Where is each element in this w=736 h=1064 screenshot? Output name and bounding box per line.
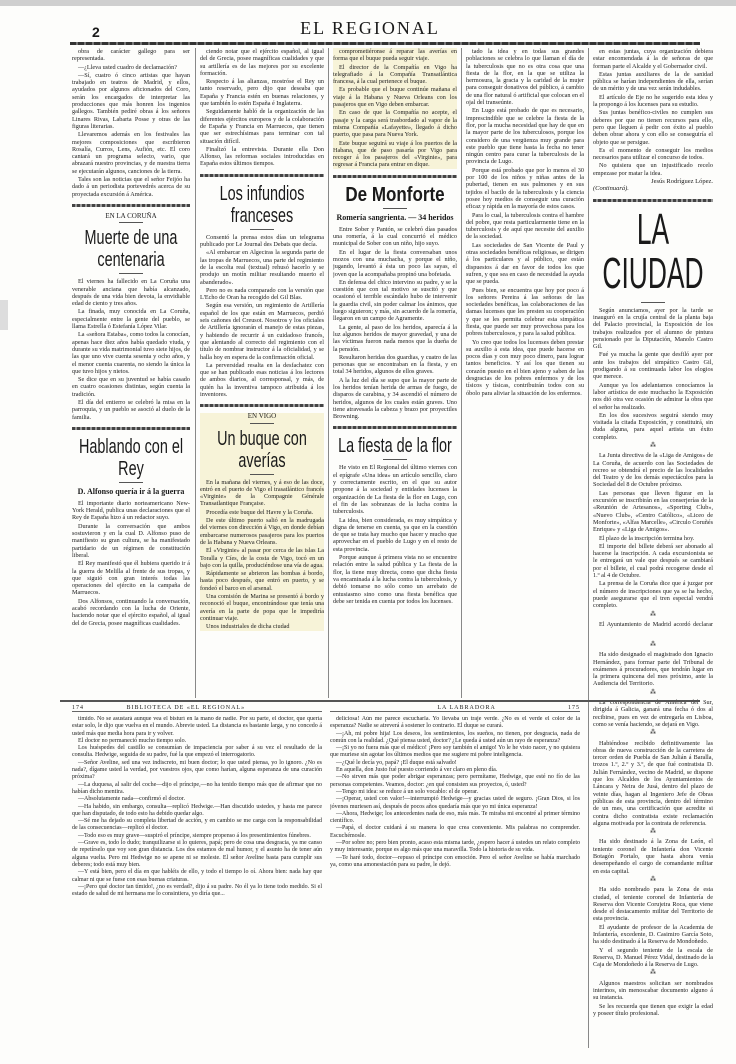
paragraph: —¿Lleva usted cuadro de declamación?: [72, 64, 190, 71]
column-5: en estas juntas, cuya organización debie…: [593, 48, 713, 628]
paragraph: Dos Alfonsos, continuando la conversació…: [72, 598, 190, 627]
news-item: La Junta directiva de la «Liga de Amigos…: [593, 452, 713, 488]
page-number: 2: [92, 24, 100, 40]
paragraph: Las sociedades de San Vicente de Paul y …: [466, 242, 584, 286]
paragraph: —Te haré todo, doctor—repuso el príncipe…: [330, 855, 580, 870]
article-buque-continued: comprometiéronse á reparar las averías e…: [333, 48, 457, 169]
news-item: La correspondencia de América del Sur, d…: [593, 699, 713, 728]
kicker-rule: [119, 222, 143, 223]
folletin-page-number: 174: [72, 705, 84, 711]
separator-asterism: ⁂: [593, 642, 713, 649]
paragraph: Según anunciamos, ayer por la tarde se i…: [593, 307, 713, 351]
separator-asterism: ⁂: [593, 612, 713, 619]
section-divider: [200, 404, 324, 407]
separator-asterism: ⁂: [593, 690, 713, 697]
kicker-rule: [250, 423, 274, 424]
scan-edge: [0, 0, 736, 6]
news-item: Las personas que lleven figurar en la ex…: [593, 490, 713, 534]
continued-note: (Continuará).: [593, 185, 713, 192]
news-item: Habiéndose recibido definitivamente las …: [593, 740, 713, 828]
paragraph: —¡Pero qué doctor tan tímido!, ¿no es ve…: [72, 884, 322, 899]
paragraph: Entre Sober y Pantón, se celebró días pa…: [333, 226, 457, 248]
news-item: Algunos maestros solicitan ser nombrados…: [593, 980, 713, 1002]
paragraph: El Rey manifestó que él hubiera querido …: [72, 560, 190, 596]
section-divider: [72, 204, 190, 207]
column-rule: [195, 48, 196, 698]
news-item: Ha sido destinado á la Zona de León, el …: [593, 838, 713, 874]
folletin-left-page: timido. No se asustará aunque vea el bis…: [72, 716, 322, 1056]
paragraph: ciendo notar que el ejército español, al…: [200, 48, 324, 77]
paragraph: Es el momento de conseguir los medios ne…: [593, 147, 713, 162]
paragraph: —¿Qué le decía yo, papá? ¡El duque está …: [330, 760, 580, 767]
column-2: ciendo notar que el ejército español, al…: [200, 48, 324, 698]
paragraph: deliciosa! Aún me parece escucharla. Yo …: [330, 716, 580, 731]
paragraph: Porque aunque á primera vista no se encu…: [333, 554, 457, 605]
headline-rule: [119, 482, 143, 483]
column-1: obra de carácter gallego para ser repres…: [72, 48, 190, 698]
masthead-rule: [70, 42, 700, 45]
paragraph: Para lo cual, la tuberculosis contra el …: [466, 212, 584, 241]
masthead: EL REGIONAL: [240, 18, 500, 39]
news-item: El plazo de la inscripción termina hoy.: [593, 535, 713, 542]
headline-rule: [383, 208, 407, 209]
news-item: Y el segundo teniente de la escala de Re…: [593, 947, 713, 969]
paragraph: Este buque seguirá su viaje á los puerto…: [333, 140, 457, 169]
paragraph: tado la idea y en todas sus grandes pobl…: [466, 48, 584, 106]
paragraph: La idea, bien considerada, es muy simpát…: [333, 517, 457, 553]
paragraph: —Grave es, todo lo dudo; tranquilizarse …: [72, 840, 322, 869]
paragraph: —Y está bien, pero el día en que habléis…: [72, 869, 322, 884]
news-item: Se les recuerda que tienen que exigir la…: [593, 1003, 713, 1018]
section-divider: [593, 199, 713, 202]
headline-rule: [250, 474, 274, 475]
paragraph: —Señor Aveline, sed una vez indiscreto, …: [72, 760, 322, 782]
paragraph: El doctor no permaneció mucho tiempo sol…: [72, 738, 322, 745]
paragraph: De este último puerto salió en la madrug…: [200, 517, 324, 546]
section-divider: [333, 175, 457, 178]
column-5-lower: ⁂ Ha sido designado el magistrado don Ig…: [593, 640, 713, 1060]
newspaper-page: 2 EL REGIONAL obra de carácter gallego p…: [0, 0, 736, 1064]
paragraph: —Papá, el doctor cuidará á su manera lo …: [330, 825, 580, 840]
paragraph: El importante diario norteamericano New-…: [72, 500, 190, 522]
paragraph: —No sirven más que poder abrigar esperan…: [330, 774, 580, 789]
paragraph: timido. No se asustará aunque vea el bis…: [72, 716, 322, 738]
paragraph: Una comisión de Marina se presentó á bor…: [200, 593, 324, 622]
paragraph: —Sé me ha dejado su completa libertad de…: [72, 818, 322, 833]
paragraph: Llevaremos además en los festivales las …: [72, 131, 190, 175]
paragraph: Aunque ya los adelantamos conocíamos la …: [593, 382, 713, 411]
news-item: El importe del billete deberá ser abonad…: [593, 543, 713, 579]
paragraph: El viernes ha fallecido en La Coruña una…: [72, 278, 190, 307]
paragraph: En caso de que la Compañía no acepte, el…: [333, 109, 457, 138]
paragraph: Procedía este buque del Havre y la Coruñ…: [200, 509, 324, 516]
paragraph: El «Virginie» al pasar por cerca de las …: [200, 547, 324, 569]
folletin-novel-title: LA LABRADORA: [437, 705, 495, 711]
paragraph: Sus juntas benéfico-civiles no cumplen s…: [593, 109, 713, 145]
paragraph: Yo creo que todos los lucenses deben pre…: [466, 339, 584, 397]
headline-hablando-rey: Hablando con el Rey: [74, 436, 188, 480]
paragraph: obra de carácter gallego para ser repres…: [72, 48, 190, 63]
paragraph: La «señora Estaba», como todos la conocí…: [72, 331, 190, 375]
subheadline: D. Alfonso quería ir á la guerra: [72, 487, 190, 496]
paragraph: En Lugo está probado de que es necesario…: [466, 107, 584, 165]
paragraph: Consentó la prensa estos días un telegra…: [200, 234, 324, 249]
author-signature: Jesús Rodríguez López.: [593, 178, 713, 185]
section-divider: [333, 426, 457, 429]
headline-rule: [119, 273, 143, 274]
paragraph: Resultaron heridas dos guardias, y cuatr…: [333, 354, 457, 376]
section-kicker: EN VIGO: [200, 413, 324, 420]
paragraph: El artículo de Eje no he sugerido esta i…: [593, 94, 713, 109]
paragraph: El director de la Compañía en Vigo ha te…: [333, 64, 457, 86]
news-item: Ha sido nombrado para la Zona de esta ci…: [593, 886, 713, 922]
news-item: La prensa de la Coruña dice que á juzgar…: [593, 580, 713, 609]
paragraph: —¡Si yo no fuera más que el médico! ¡Per…: [330, 745, 580, 760]
paragraph: La gente, al paso de los heridos, aparec…: [333, 324, 457, 353]
paragraph: —La duquesa, al salir del coche—dijo el …: [72, 782, 322, 797]
column-3: comprometiéronse á reparar las averías e…: [333, 48, 457, 698]
paragraph: —Sí, cuatro ó cinco artistas que hayan t…: [72, 72, 190, 130]
separator-asterism: ⁂: [593, 443, 713, 450]
folletin-divider: [60, 700, 700, 702]
subheadline: Romería sangrienta. — 34 heridos: [333, 213, 457, 222]
paragraph: Tales son las noticias que el señor Feij…: [72, 176, 190, 198]
headline-infundios-franceses: Los infundios franceses: [203, 183, 321, 227]
paragraph: Seguidamente habló de la organización de…: [200, 108, 324, 144]
separator-asterism: ⁂: [593, 829, 713, 836]
paragraph: Estas juntas auxiliares de la de sanidad…: [593, 71, 713, 93]
paragraph: Fué ya mucha la gente que desfiló ayer p…: [593, 351, 713, 380]
folletin-right-page: deliciosa! Aún me parece escucharla. Yo …: [330, 716, 580, 1056]
paragraph: Finalizó la entrevista. Durante ella Don…: [200, 146, 324, 168]
paragraph: —Todo eso es muy grave—suspiró el prínci…: [72, 833, 322, 840]
headline-fiesta-flor: La fiesta de la flor: [336, 435, 454, 457]
section-kicker: EN LA CORUÑA: [72, 213, 190, 220]
headline-muerte-centenaria: Muerte de una centenaria: [74, 227, 188, 271]
paragraph: Durante la conversación que ambos sostuv…: [72, 523, 190, 559]
paragraph: —Tengo mi idea: se reduce á un solo voca…: [330, 789, 580, 796]
news-item: El Ayuntamiento de Madrid acordó declara…: [593, 621, 713, 628]
paragraph: Se dice que en su juventud se había casa…: [72, 376, 190, 398]
paragraph: Según esa versión, un regimiento de Arti…: [200, 302, 324, 360]
paragraph: Respecto á las alianzas, mostróse el Rey…: [200, 78, 324, 107]
paragraph: en estas juntas, cuya organización debie…: [593, 48, 713, 70]
column-4: tado la idea y en todas sus grandes pobl…: [466, 48, 584, 698]
paragraph: —Ahora, Hedwige; los antecedentes nada d…: [330, 811, 580, 826]
folletin-left-header: 174 BIBLIOTECA DE «EL REGIONAL»: [72, 705, 322, 712]
paragraph: Rápidamente se abrieron las bombas á bor…: [200, 570, 324, 592]
paragraph: El día del entierro se celebró la misa e…: [72, 399, 190, 421]
paragraph: En los dos sucesivos seguirá siendo muy …: [593, 412, 713, 441]
section-divider: [72, 427, 190, 430]
separator-asterism: ⁂: [593, 730, 713, 737]
article-buque-averias: EN VIGO Un buque con averías En la mañan…: [200, 413, 324, 630]
paragraph: —Ha habido, sin embargo, consulta—replic…: [72, 804, 322, 819]
paragraph: —¡Operar, usted con valor!—interrumpió H…: [330, 796, 580, 811]
headline-rule: [250, 229, 274, 230]
headline-de-monforte: De Monforte: [333, 184, 457, 206]
headline-buque-averias: Un buque con averías: [203, 428, 321, 472]
news-item: El ayudante de profesor de la Academia d…: [593, 924, 713, 946]
folletin-series-title: BIBLIOTECA DE «EL REGIONAL»: [127, 705, 246, 711]
paragraph: A la luz del día se supo que la mayor pa…: [333, 377, 457, 421]
paragraph: —Por sobre no; pero bien pronto, acaso e…: [330, 840, 580, 855]
paragraph: En el lugar de la fiesta conversaban uno…: [333, 249, 457, 278]
paragraph: Pues bien, se encuentra que hoy por poco…: [466, 287, 584, 338]
column-rule: [461, 48, 462, 698]
paragraph: He visto en El Regional del último viern…: [333, 464, 457, 515]
separator-asterism: ⁂: [593, 970, 713, 977]
scan-artifact: [0, 300, 8, 330]
paragraph: «Al embarcar en Algeciras la segunda par…: [200, 249, 324, 285]
headline-la-ciudad: LA CIUDAD: [593, 208, 713, 296]
paragraph: Es probable que el buque continúe mañana…: [333, 86, 457, 108]
paragraph: Los huéspedes del castillo se consumían …: [72, 745, 322, 760]
column-rule: [588, 48, 589, 1048]
section-divider: [200, 174, 324, 177]
paragraph: —Absolutamente nada—confirmó el doctor.: [72, 796, 322, 803]
paragraph: Porque está probado que por lo menos el …: [466, 167, 584, 211]
folletin-page-number: 175: [568, 705, 580, 711]
paragraph: comprometiéronse á reparar las averías e…: [333, 48, 457, 63]
paragraph: No quisiera que un injustificado recelo …: [593, 162, 713, 177]
paragraph: —¡Ah, mi pobre hija! Los deseos, los sen…: [330, 731, 580, 746]
column-rule: [328, 48, 329, 698]
paragraph: La perversidad resalta en la desfachatez…: [200, 362, 324, 398]
news-item: Ha sido designado el magistrado don Igna…: [593, 651, 713, 687]
paragraph: Unos industriales de dicha ciudad: [200, 623, 324, 630]
paragraph: Pero no es nada comparado con la versión…: [200, 287, 324, 302]
paragraph: En defensa del chico intervino su padre,…: [333, 279, 457, 323]
headline-rule: [383, 459, 407, 460]
separator-asterism: ⁂: [593, 877, 713, 884]
paragraph: En la mañana del viernes, y á eso de las…: [200, 479, 324, 508]
headline-rule: [641, 302, 665, 303]
folletin-right-header: LA LABRADORA 175: [330, 705, 580, 712]
paragraph: La finada, muy conocida en La Coruña, es…: [72, 308, 190, 330]
